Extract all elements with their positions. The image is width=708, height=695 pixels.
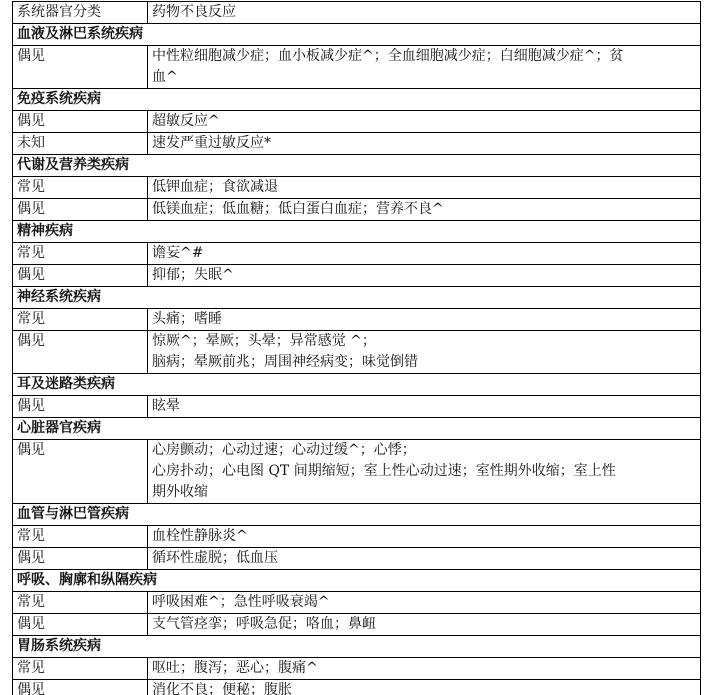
header-reaction: 药物不良反应 xyxy=(148,2,701,24)
reaction-cell: 呼吸困难^；急性呼吸衰竭^ xyxy=(148,592,701,614)
reaction-text: 期外收缩 xyxy=(152,482,696,503)
frequency-cell: 偶见 xyxy=(13,440,148,504)
section-row: 胃肠系统疾病 xyxy=(13,636,701,658)
reaction-text: 抑郁；失眠^ xyxy=(152,265,696,286)
reaction-text: 心房扑动；心电图 QT 间期缩短；室上性心动过速；室性期外收缩；室上性 xyxy=(152,461,696,482)
section-title: 心脏器官疾病 xyxy=(13,418,701,440)
section-row: 血液及淋巴系统疾病 xyxy=(13,24,701,46)
reaction-cell: 中性粒细胞减少症；血小板减少症^；全血细胞减少症；白细胞减少症^；贫血^ xyxy=(148,46,701,89)
table-row: 常见头痛；嗜睡 xyxy=(13,309,701,331)
section-title: 血管与淋巴管疾病 xyxy=(13,504,701,526)
table-row: 常见呼吸困难^；急性呼吸衰竭^ xyxy=(13,592,701,614)
table-row: 常见谵妄^# xyxy=(13,243,701,265)
section-title: 免疫系统疾病 xyxy=(13,89,701,111)
table-row: 常见血栓性静脉炎^ xyxy=(13,526,701,548)
reaction-text: 呕吐；腹泻；恶心；腹痛^ xyxy=(152,658,696,679)
table-row: 常见低钾血症；食欲减退 xyxy=(13,177,701,199)
section-title: 代谢及营养类疾病 xyxy=(13,155,701,177)
reaction-text: 速发严重过敏反应* xyxy=(152,133,696,154)
frequency-cell: 偶见 xyxy=(13,46,148,89)
table-row: 偶见超敏反应^ xyxy=(13,111,701,133)
reaction-cell: 呕吐；腹泻；恶心；腹痛^ xyxy=(148,658,701,680)
section-row: 呼吸、胸廓和纵隔疾病 xyxy=(13,570,701,592)
table-row: 偶见消化不良；便秘；腹胀 xyxy=(13,680,701,695)
reaction-text: 超敏反应^ xyxy=(152,111,696,132)
reaction-cell: 循环性虚脱；低血压 xyxy=(148,548,701,570)
frequency-cell: 常见 xyxy=(13,243,148,265)
frequency-cell: 常见 xyxy=(13,309,148,331)
section-row: 耳及迷路类疾病 xyxy=(13,374,701,396)
reaction-text: 低镁血症；低血糖；低白蛋白血症；营养不良^ xyxy=(152,199,696,220)
reaction-cell: 心房颤动；心动过速；心动过缓^；心悸；心房扑动；心电图 QT 间期缩短；室上性心… xyxy=(148,440,701,504)
section-title: 血液及淋巴系统疾病 xyxy=(13,24,701,46)
table-header-row: 系统器官分类 药物不良反应 xyxy=(13,2,701,24)
reaction-cell: 惊厥^；晕厥；头晕；异常感觉 ^；脑病；晕厥前兆；周围神经病变；味觉倒错 xyxy=(148,331,701,374)
reaction-text: 低钾血症；食欲减退 xyxy=(152,177,696,198)
reaction-cell: 低钾血症；食欲减退 xyxy=(148,177,701,199)
reaction-text: 头痛；嗜睡 xyxy=(152,309,696,330)
reaction-text: 脑病；晕厥前兆；周围神经病变；味觉倒错 xyxy=(152,352,696,373)
frequency-cell: 常见 xyxy=(13,592,148,614)
adverse-reactions-table: 系统器官分类 药物不良反应 血液及淋巴系统疾病偶见中性粒细胞减少症；血小板减少症… xyxy=(12,1,701,695)
table-row: 偶见中性粒细胞减少症；血小板减少症^；全血细胞减少症；白细胞减少症^；贫血^ xyxy=(13,46,701,89)
reaction-cell: 低镁血症；低血糖；低白蛋白血症；营养不良^ xyxy=(148,199,701,221)
section-title: 呼吸、胸廓和纵隔疾病 xyxy=(13,570,701,592)
reaction-cell: 超敏反应^ xyxy=(148,111,701,133)
reaction-text: 中性粒细胞减少症；血小板减少症^；全血细胞减少症；白细胞减少症^；贫 xyxy=(152,46,696,67)
table-row: 偶见抑郁；失眠^ xyxy=(13,265,701,287)
section-title: 胃肠系统疾病 xyxy=(13,636,701,658)
reaction-text: 惊厥^；晕厥；头晕；异常感觉 ^； xyxy=(152,331,696,352)
section-row: 神经系统疾病 xyxy=(13,287,701,309)
reaction-cell: 抑郁；失眠^ xyxy=(148,265,701,287)
reaction-text: 谵妄^# xyxy=(152,243,696,264)
section-row: 精神疾病 xyxy=(13,221,701,243)
table-row: 未知速发严重过敏反应* xyxy=(13,133,701,155)
reaction-text: 循环性虚脱；低血压 xyxy=(152,548,696,569)
reaction-cell: 眩晕 xyxy=(148,396,701,418)
header-soc: 系统器官分类 xyxy=(13,2,148,24)
frequency-cell: 偶见 xyxy=(13,396,148,418)
table-row: 偶见低镁血症；低血糖；低白蛋白血症；营养不良^ xyxy=(13,199,701,221)
frequency-cell: 常见 xyxy=(13,658,148,680)
section-row: 血管与淋巴管疾病 xyxy=(13,504,701,526)
frequency-cell: 偶见 xyxy=(13,111,148,133)
frequency-cell: 偶见 xyxy=(13,199,148,221)
table-row: 偶见循环性虚脱；低血压 xyxy=(13,548,701,570)
frequency-cell: 偶见 xyxy=(13,548,148,570)
reaction-cell: 支气管痉挛；呼吸急促；咯血；鼻衄 xyxy=(148,614,701,636)
reaction-cell: 头痛；嗜睡 xyxy=(148,309,701,331)
table-row: 偶见眩晕 xyxy=(13,396,701,418)
frequency-cell: 偶见 xyxy=(13,680,148,695)
section-title: 耳及迷路类疾病 xyxy=(13,374,701,396)
frequency-cell: 偶见 xyxy=(13,265,148,287)
reaction-cell: 消化不良；便秘；腹胀 xyxy=(148,680,701,695)
table-row: 偶见心房颤动；心动过速；心动过缓^；心悸；心房扑动；心电图 QT 间期缩短；室上… xyxy=(13,440,701,504)
reaction-cell: 谵妄^# xyxy=(148,243,701,265)
frequency-cell: 偶见 xyxy=(13,614,148,636)
frequency-cell: 偶见 xyxy=(13,331,148,374)
section-title: 精神疾病 xyxy=(13,221,701,243)
reaction-text: 支气管痉挛；呼吸急促；咯血；鼻衄 xyxy=(152,614,696,635)
reaction-cell: 血栓性静脉炎^ xyxy=(148,526,701,548)
reaction-cell: 速发严重过敏反应* xyxy=(148,133,701,155)
frequency-cell: 未知 xyxy=(13,133,148,155)
frequency-cell: 常见 xyxy=(13,526,148,548)
table-row: 偶见惊厥^；晕厥；头晕；异常感觉 ^；脑病；晕厥前兆；周围神经病变；味觉倒错 xyxy=(13,331,701,374)
table-row: 偶见支气管痉挛；呼吸急促；咯血；鼻衄 xyxy=(13,614,701,636)
section-row: 代谢及营养类疾病 xyxy=(13,155,701,177)
frequency-cell: 常见 xyxy=(13,177,148,199)
section-row: 心脏器官疾病 xyxy=(13,418,701,440)
reaction-text: 呼吸困难^；急性呼吸衰竭^ xyxy=(152,592,696,613)
reaction-text: 眩晕 xyxy=(152,396,696,417)
reaction-text: 消化不良；便秘；腹胀 xyxy=(152,680,696,695)
reaction-text: 血栓性静脉炎^ xyxy=(152,526,696,547)
section-row: 免疫系统疾病 xyxy=(13,89,701,111)
section-title: 神经系统疾病 xyxy=(13,287,701,309)
table-row: 常见呕吐；腹泻；恶心；腹痛^ xyxy=(13,658,701,680)
reaction-text: 心房颤动；心动过速；心动过缓^；心悸； xyxy=(152,440,696,461)
reaction-text: 血^ xyxy=(152,67,696,88)
